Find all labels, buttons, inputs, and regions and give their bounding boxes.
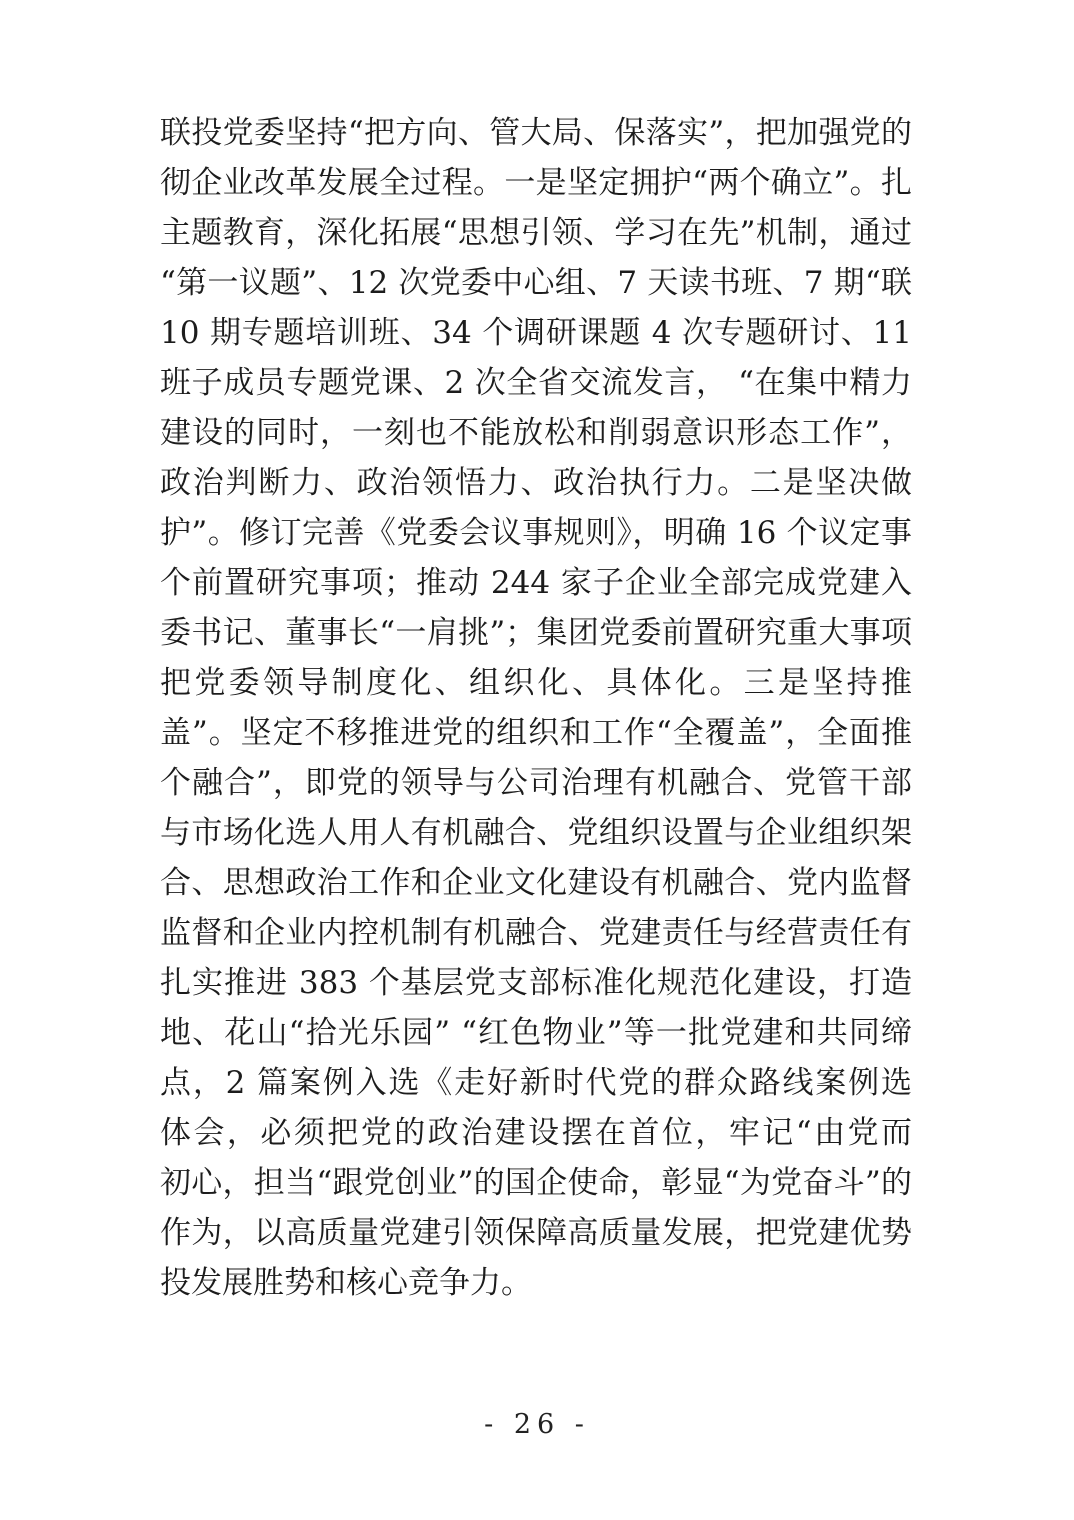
text-line: 投发展胜势和核心竞争力。 — [160, 1258, 912, 1308]
text-line: 点，2 篇案例入选《走好新时代党的群众路线案例选编》。我们 — [160, 1058, 912, 1108]
text-line: 体会，必须把党的政治建设摆在首位，牢记“由党而建”的国企 — [160, 1108, 912, 1158]
text-line: 扎实推进 383 个基层党支部标准化规范化建设，打造联投党建基 — [160, 958, 912, 1008]
document-page: 联投党委坚持“把方向、管大局、保落实”，把加强党的领导贯 彻企业改革发展全过程。… — [0, 0, 1074, 1520]
text-line: 10 期专题培训班、34 个调研课题 4 次专题研讨、11 次集团领导 — [160, 308, 912, 358]
text-line: 个融合”，即党的领导与公司治理有机融合、党管干部党管人才 — [160, 758, 912, 808]
text-line: 委书记、董事长“一肩挑”；集团党委前置研究重大事项 166 个， — [160, 608, 912, 658]
text-line: 个前置研究事项；推动 244 家子企业全部完成党建入章，实现党 — [160, 558, 912, 608]
text-line: 初心，担当“跟党创业”的国企使命，彰显“为党奋斗”的国企 — [160, 1158, 912, 1208]
text-line: 监督和企业内控机制有机融合、党建责任与经营责任有机融合， — [160, 908, 912, 958]
text-line: “第一议题”、12 次党委中心组、7 天读书班、7 期“联投讲堂”、 — [160, 258, 912, 308]
text-line: 与市场化选人用人有机融合、党组织设置与企业组织架构有机融 — [160, 808, 912, 858]
text-line: 班子成员专题党课、2 次全省交流发言， “在集中精力进行经济 — [160, 358, 912, 408]
text-line: 合、思想政治工作和企业文化建设有机融合、党内监督与出资人 — [160, 858, 912, 908]
text-line: 盖”。坚定不移推进党的组织和工作“全覆盖”，全面推进“六 — [160, 708, 912, 758]
text-line: 彻企业改革发展全过程。一是坚定拥护“两个确立”。扎实开展 — [160, 158, 912, 208]
text-line: 政治判断力、政治领悟力、政治执行力。二是坚决做到“两个维 — [160, 458, 912, 508]
text-line: 建设的同时，一刻也不能放松和削弱意识形态工作”，不断提高 — [160, 408, 912, 458]
text-line: 地、花山“拾光乐园” “红色物业”等一批党建和共同缔造示范 — [160, 1008, 912, 1058]
text-line: 护”。修订完善《党委会议事规则》，明确 16 个议定事项、85 — [160, 508, 912, 558]
text-line: 把党委领导制度化、组织化、具体化。三是坚持推进“两个全覆 — [160, 658, 912, 708]
page-number: - 26 - — [0, 1408, 1074, 1442]
text-line: 作为，以高质量党建引领保障高质量发展，把党建优势转化为联 — [160, 1208, 912, 1258]
text-line: 联投党委坚持“把方向、管大局、保落实”，把加强党的领导贯 — [160, 108, 912, 158]
paragraph-block: 联投党委坚持“把方向、管大局、保落实”，把加强党的领导贯 彻企业改革发展全过程。… — [160, 108, 912, 1308]
text-line: 主题教育，深化拓展“思想引领、学习在先”机制，通过 17 次 — [160, 208, 912, 258]
